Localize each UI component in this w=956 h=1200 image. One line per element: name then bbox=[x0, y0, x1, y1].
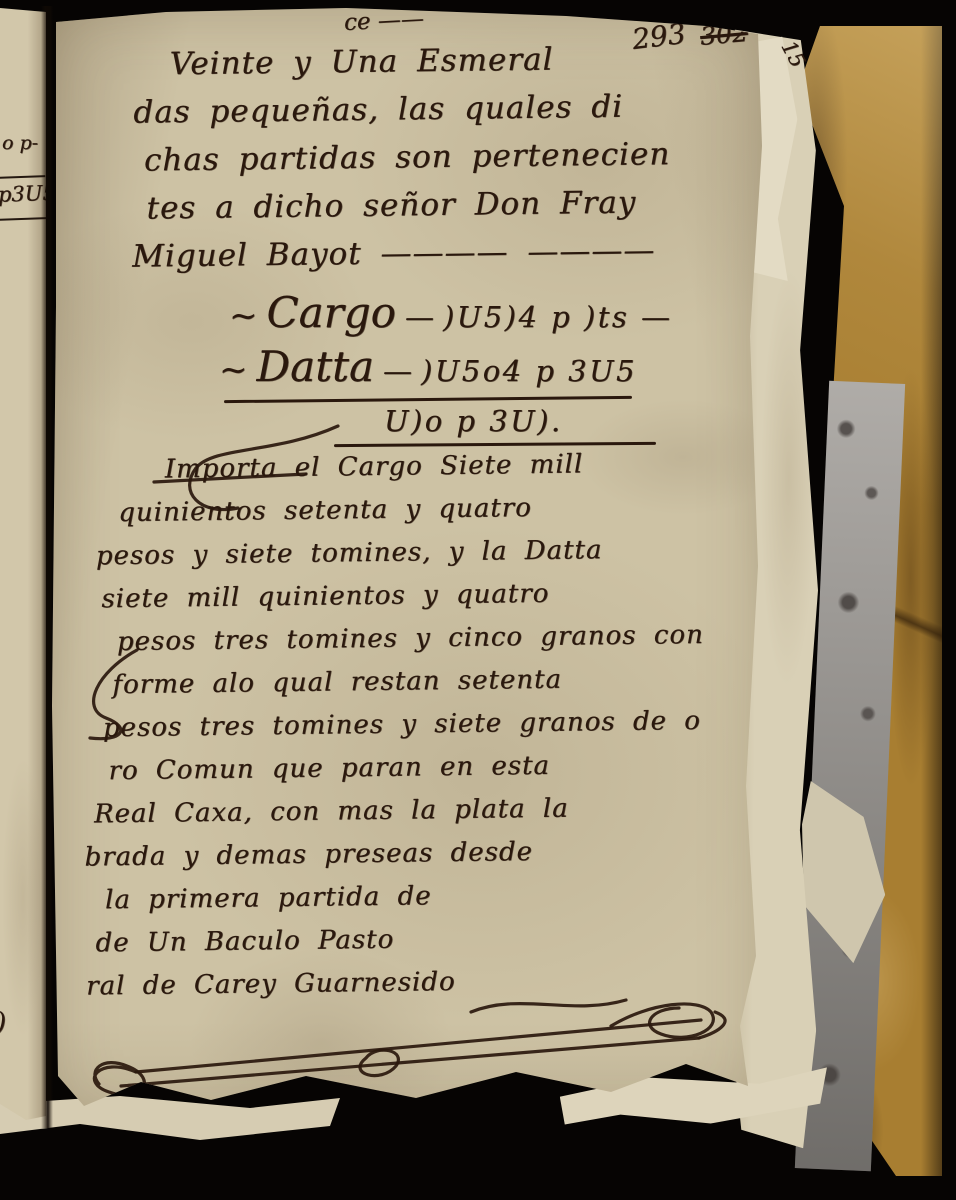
tilde-mark: ~ bbox=[219, 350, 248, 390]
tilde-mark: ~ bbox=[229, 296, 258, 336]
manuscript-line: brada y demas preseas desde bbox=[84, 835, 706, 886]
cargo-row: ~ Cargo — )U5)4 p )ts — bbox=[229, 288, 672, 337]
manuscript-line: pesos tres tomines y cinco granos con bbox=[117, 620, 704, 670]
manuscript-line: forme alo qual restan setenta bbox=[112, 663, 704, 713]
manuscript-line: de Un Baculo Pasto bbox=[95, 921, 707, 971]
folio-number-crossed-out: 302 bbox=[699, 18, 749, 51]
datta-value: )U5o4 p 3U5 bbox=[421, 354, 637, 388]
manuscript-line: siete mill quinientos y quatro bbox=[101, 577, 703, 627]
conforme-swash-flourish bbox=[52, 638, 152, 748]
manuscript-line: Importa el Cargo Siete mill bbox=[165, 448, 702, 498]
datta-underline bbox=[224, 396, 632, 403]
balance-underline bbox=[334, 442, 656, 447]
manuscript-line: chas partidas son pertenecien bbox=[144, 136, 671, 190]
manuscript-line: das pequeñas, las quales di bbox=[133, 88, 670, 143]
facing-page-ruled-box: p3U5 bbox=[0, 175, 47, 221]
manuscript-line: pesos y siete tomines, y la Datta bbox=[96, 534, 703, 584]
manuscript-line: Real Caxa, con mas la plata la bbox=[94, 792, 706, 842]
cargo-value: )U5)4 p )ts — bbox=[443, 300, 673, 334]
manuscript-line: la primera partida de bbox=[105, 878, 707, 928]
manuscript-line: ro Comun que paran en esta bbox=[108, 749, 705, 799]
top-scribal-mark: ce —— bbox=[343, 6, 424, 36]
facing-page-sliver: o p- p3U5 ) bbox=[0, 8, 46, 1120]
manuscript-line: pesos tres tomines y siete granos de o bbox=[103, 706, 705, 756]
cargo-label: Cargo bbox=[267, 288, 396, 337]
dash: — bbox=[405, 300, 434, 334]
manuscript-photo: 15 o p- p3U5 ) ce —— 293 302 Veinte y Un… bbox=[0, 0, 956, 1200]
dash: — bbox=[383, 354, 412, 388]
gutter-shadow bbox=[41, 6, 53, 1128]
manuscript-line: Veinte y Una Esmeral bbox=[170, 40, 670, 94]
manuscript-page: ce —— 293 302 Veinte y Una Esmeral das p… bbox=[46, 6, 770, 1134]
facing-page-fragment-bottom: ) bbox=[0, 1008, 6, 1038]
datta-label: Datta bbox=[257, 342, 375, 391]
datta-row: ~ Datta — )U5o4 p 3U5 bbox=[219, 342, 637, 391]
manuscript-line: quinientos setenta y quatro bbox=[118, 491, 702, 541]
balance-value: U)o p 3U). bbox=[384, 404, 563, 438]
manuscript-line: tes a dicho señor Don Fray bbox=[146, 184, 671, 238]
facing-page-fragment-top: o p- bbox=[2, 132, 38, 154]
manuscript-line: Miguel Bayot ———— ———— bbox=[132, 232, 672, 287]
header-paragraph: Veinte y Una Esmeral das pequeñas, las q… bbox=[45, 40, 672, 288]
